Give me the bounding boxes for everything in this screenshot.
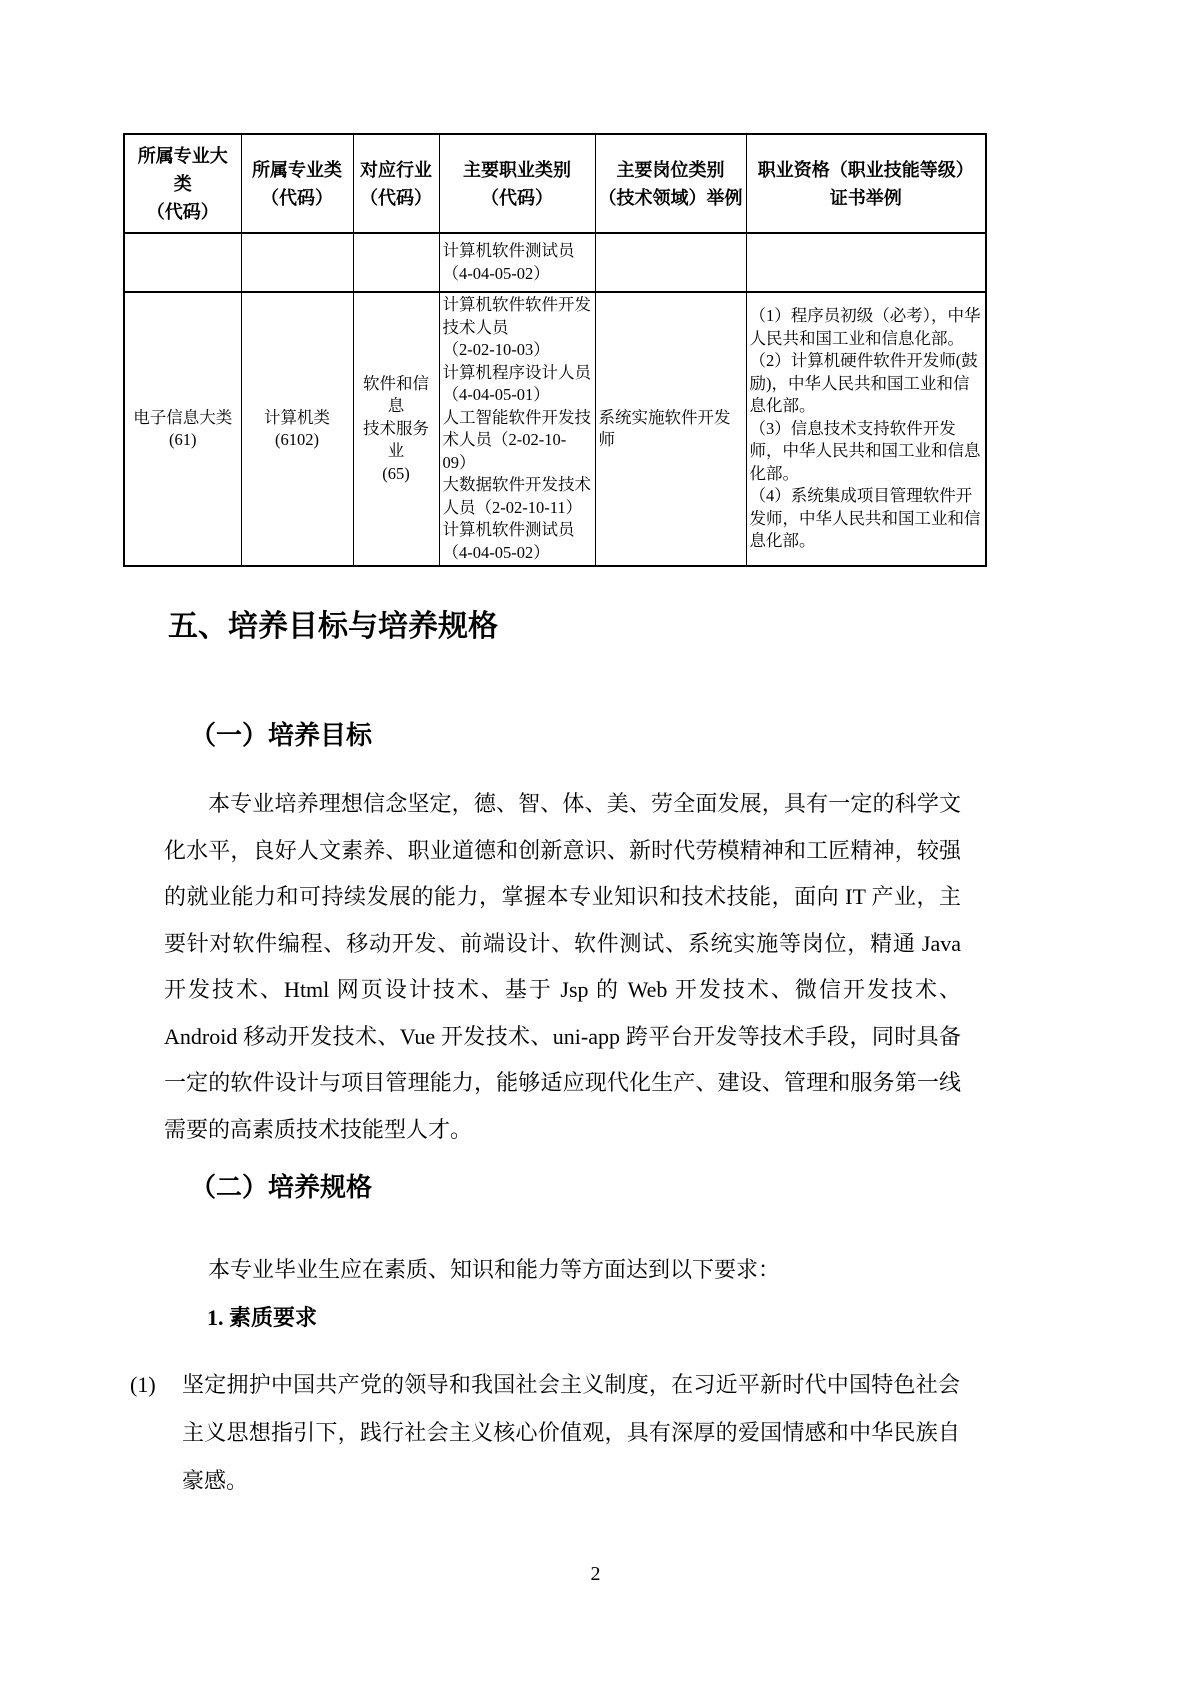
table-header-row: 所属专业大 类 （代码） 所属专业类 （代码） 对应行业 （代码） 主要职业类别…: [124, 134, 986, 233]
list-item: (1) 坚定拥护中国共产党的领导和我国社会主义制度，在习近平新时代中国特色社会主…: [130, 1361, 961, 1505]
quality-requirements-heading: 1. 素质要求: [207, 1300, 317, 1336]
cell-major-category: 电子信息大类 (61): [124, 292, 241, 566]
header-certificates: 职业资格（职业技能等级） 证书举例: [746, 134, 986, 233]
table-row: 电子信息大类 (61) 计算机类 (6102) 软件和信息 技术服务业 (65)…: [124, 292, 986, 566]
list-item-marker: (1): [130, 1361, 156, 1409]
section-heading-five: 五、培养目标与培养规格: [168, 606, 498, 648]
list-item-text: 坚定拥护中国共产党的领导和我国社会主义制度，在习近平新时代中国特色社会主义思想指…: [182, 1361, 960, 1505]
cell-post-category: 系统实施软件开发师: [595, 292, 746, 566]
header-major-category: 所属专业大 类 （代码）: [124, 134, 241, 233]
specifications-intro: 本专业毕业生应在素质、知识和能力等方面达到以下要求：: [164, 1250, 961, 1290]
occupation-mapping-table: 所属专业大 类 （代码） 所属专业类 （代码） 对应行业 （代码） 主要职业类别…: [123, 133, 987, 567]
cell-post-category: [595, 233, 746, 292]
header-major-class: 所属专业类 （代码）: [241, 134, 353, 233]
cell-occupation-category: 计算机软件测试员 （4-04-05-02）: [439, 233, 595, 292]
subsection-heading-specifications: （二）培养规格: [190, 1168, 372, 1206]
cell-industry: [353, 233, 439, 292]
cell-occupation-category: 计算机软件软件开发 技术人员 （2-02-10-03） 计算机程序设计人员 （4…: [439, 292, 595, 566]
subsection-heading-objectives: （一）培养目标: [190, 716, 372, 754]
header-occupation-category: 主要职业类别 （代码）: [439, 134, 595, 233]
cell-certificates: （1）程序员初级（必考），中华人民共和国工业和信息化部。 （2）计算机硬件软件开…: [746, 292, 986, 566]
cell-major-class: 计算机类 (6102): [241, 292, 353, 566]
objectives-paragraph: 本专业培养理想信念坚定，德、智、体、美、劳全面发展，具有一定的科学文化水平，良好…: [164, 781, 961, 1153]
header-industry: 对应行业 （代码）: [353, 134, 439, 233]
cell-major-category: [124, 233, 241, 292]
cell-industry: 软件和信息 技术服务业 (65): [353, 292, 439, 566]
table-row: 计算机软件测试员 （4-04-05-02）: [124, 233, 986, 292]
header-post-category: 主要岗位类别 （技术领域）举例: [595, 134, 746, 233]
page-number: 2: [0, 1560, 1191, 1588]
cell-certificates: [746, 233, 986, 292]
cell-major-class: [241, 233, 353, 292]
document-page: 所属专业大 类 （代码） 所属专业类 （代码） 对应行业 （代码） 主要职业类别…: [0, 0, 1191, 1684]
